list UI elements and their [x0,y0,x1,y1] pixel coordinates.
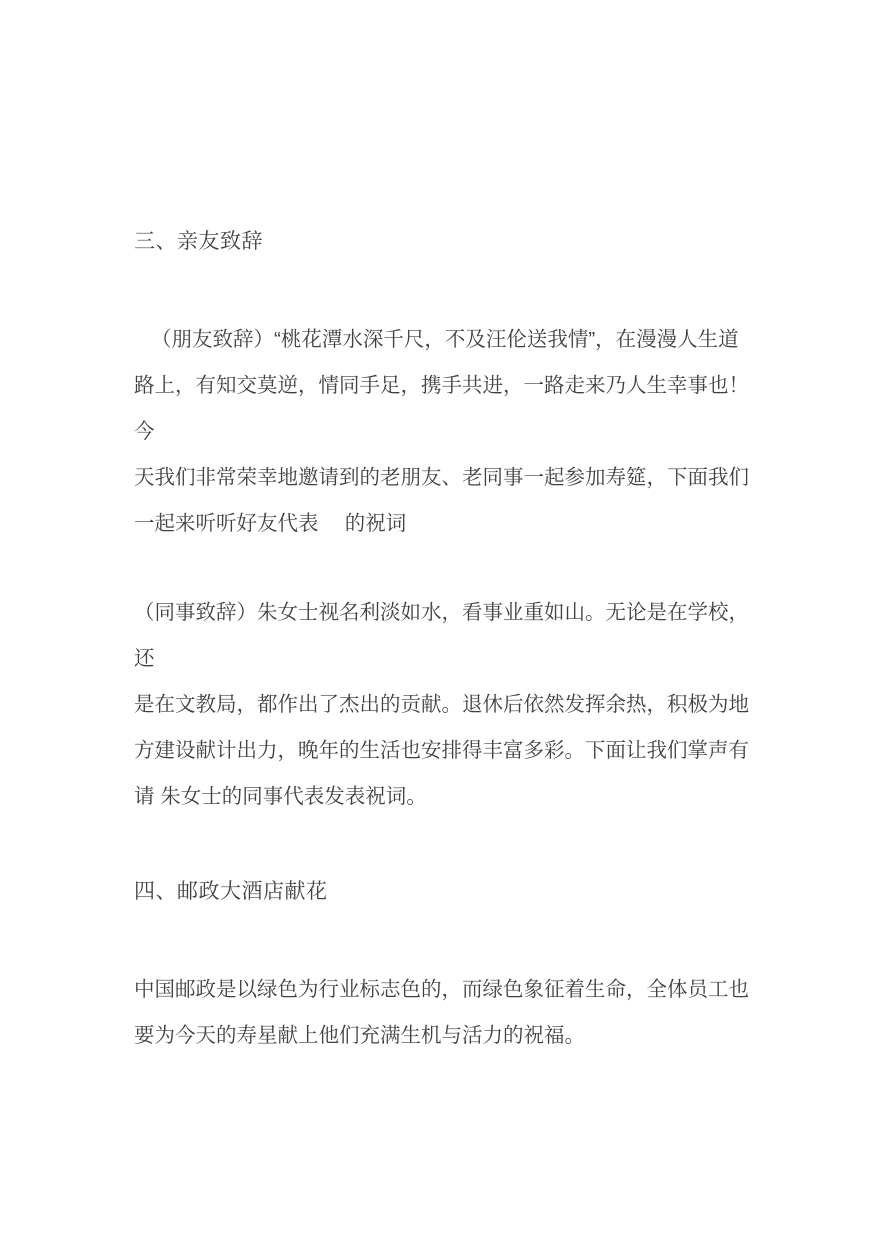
section-heading-hotel-flowers: 四、邮政大酒店献花 [134,869,764,915]
document-page: 三、亲友致辞 （朋友致辞）“桃花潭水深千尺，不及汪伦送我情”，在漫漫人生道 路上… [0,0,884,1250]
paragraph-colleague-speech: （同事致辞）朱女士视名利淡如水，看事业重如山。无论是在学校，还 是在文教局，都作… [134,590,764,820]
section-heading-friends-speeches: 三、亲友致辞 [134,219,764,265]
paragraph-friend-speech: （朋友致辞）“桃花潭水深千尺，不及汪伦送我情”，在漫漫人生道 路上，有知交莫逆，… [134,317,764,547]
paragraph-flower-presentation: 中国邮政是以绿色为行业标志色的，而绿色象征着生命，全体员工也 要为今天的寿星献上… [134,967,764,1059]
